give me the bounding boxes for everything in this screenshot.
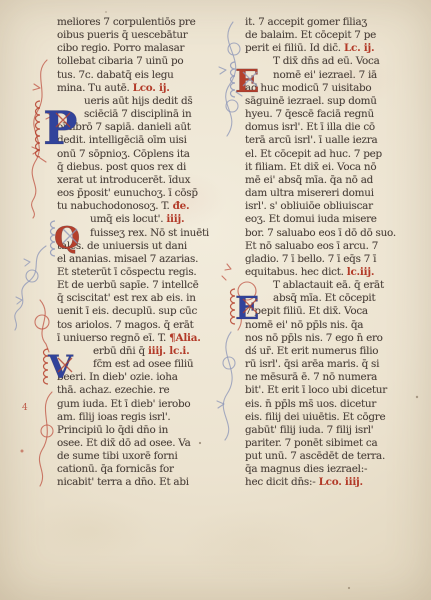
text-line: cationū. q̄a fornicās for <box>57 463 220 476</box>
text-segment: dś ur̄. Et erit numerus filio <box>245 345 378 357</box>
ink-speck <box>105 11 107 13</box>
text-segment: de sume tibi uxorē forni <box>57 450 178 462</box>
text-line: tales. de uniuersis ut dani <box>57 240 220 253</box>
text-segment: eos p̄posit' eunuchoʒ. ī cōsp̄ <box>57 187 198 199</box>
text-segment: it filiam. Et dix̄ ei. Voca nō <box>245 161 376 173</box>
text-segment: dedit. intelligēciā oīm uisi <box>57 134 187 146</box>
penwork-sprig <box>219 67 243 96</box>
text-line: tus. 7c. dabatq̄ eis legu <box>57 69 220 82</box>
initial-scallop-ornament <box>231 289 236 324</box>
text-line: rū isrl'. q̄si arēa maris. q̄ si <box>245 358 414 371</box>
text-line: dś ur̄. Et erit numerus filio <box>245 345 414 358</box>
text-line: 7 pepit filiū. Et dix̄. Voca <box>245 305 414 318</box>
text-line: q̄a magnus dies iezrael:- <box>245 463 414 476</box>
margin-red-numeral: 4 <box>22 403 28 413</box>
text-segment: domus isrl'. Et ī illa die cō <box>245 121 375 133</box>
text-segment: gladio. 7 ī bello. 7 ī eq̄s 7 ī <box>245 253 376 265</box>
text-line: cibo regio. Porro malasar <box>57 42 220 55</box>
text-line: it. 7 accepit gomer filiaʒ <box>245 16 414 29</box>
text-segment: nicabit' terra a dn̄o. Et abi <box>57 476 189 488</box>
text-column-left: meliores 7 corpulentiōs preoibus pueris … <box>57 16 220 490</box>
text-segment: pariter. 7 ponēt sibimet ca <box>245 437 377 449</box>
text-segment: 7 pepit filiū. Et dix̄. Voca <box>245 305 368 317</box>
text-segment: onū 7 sōpnioʒ. Cōplens ita <box>57 148 190 160</box>
text-line: sciēciā 7 disciplinā in <box>57 108 220 121</box>
text-line: osee. Et dix̄ dō ad osee. Va <box>57 437 220 450</box>
text-line: de sume tibi uxorē forni <box>57 450 220 463</box>
text-segment: el ananias. misael 7 azarias. <box>57 253 198 265</box>
text-segment: hec dicit dn̄s:- <box>245 476 316 488</box>
text-line: domus isrl'. Et ī illa die cō <box>245 121 414 134</box>
text-segment: it. 7 accepit gomer filiaʒ <box>245 16 367 28</box>
text-line: nicabit' terra a dn̄o. Et abi <box>57 476 220 489</box>
text-segment: fuisseʒ rex. Nō st̄ inuēti <box>90 227 209 239</box>
rubric-segment: Lco. ij. <box>133 82 170 94</box>
rubric-segment: Lc. ij. <box>344 42 374 54</box>
text-line: eis. n̄ pp̄ls ms̄ uos. dicetur <box>245 398 414 411</box>
text-segment: rū isrl'. q̄si arēa maris. q̄ si <box>245 358 379 370</box>
text-segment: cibo regio. Porro malasar <box>57 42 184 54</box>
text-segment: am. filij ioas regis isrl'. <box>57 411 170 423</box>
text-line: hyeu. 7 q̄escē faciā regnū <box>245 108 414 121</box>
text-line: eoʒ. Et domui iuda misere <box>245 213 414 226</box>
text-segment: hyeu. 7 q̄escē faciā regnū <box>245 108 374 120</box>
text-segment: umq̄ eis locut'. <box>90 213 163 225</box>
text-line: Et de uerbū sapīe. 7 intellcē <box>57 279 220 292</box>
text-segment: tollebat cibaria 7 uinū po <box>57 55 183 67</box>
text-line: mē ei' absq̄ mīa. q̄a nō ad <box>245 174 414 187</box>
text-line: isrl'. s' obliuiōe obliuiscar <box>245 200 414 213</box>
text-line: bit'. Et erit ī loco ubi dicetur <box>245 384 414 397</box>
penwork-flourish <box>40 300 49 352</box>
text-line: fuisseʒ rex. Nō st̄ inuēti <box>57 227 220 240</box>
text-segment: thā. achaz. ezechie. re <box>57 384 169 396</box>
text-line: uenit ī eis. decuplū. sup cūc <box>57 305 220 318</box>
text-segment: gum iuda. Et ī dieb' ierobo <box>57 398 190 410</box>
text-segment: beeri. In dieb' ozie. ioha <box>57 371 178 383</box>
text-segment: nomē ei' iezrael. 7 iā <box>273 69 377 81</box>
initial-scallop-ornament <box>36 101 41 157</box>
text-line: Et nō saluabo eos ī arcu. 7 <box>245 240 414 253</box>
text-segment: eis. n̄ pp̄ls ms̄ uos. dicetur <box>245 398 376 410</box>
text-column-right: it. 7 accepit gomer filiaʒde balaim. Et … <box>245 16 414 490</box>
penwork-sprig <box>16 259 30 304</box>
text-line: it filiam. Et dix̄ ei. Voca nō <box>245 161 414 174</box>
penwork-loop <box>223 357 235 369</box>
text-segment: erbū dn̄i q̄ <box>93 345 145 357</box>
text-segment: tus. 7c. dabatq̄ eis legu <box>57 69 174 81</box>
text-line: gabūt' filij iuda. 7 filij isrl' <box>245 424 414 437</box>
text-line: ueris aūt hijs dedit ds̄ <box>57 95 220 108</box>
rubric-segment: Lco. iiij. <box>319 476 363 488</box>
penwork-flourish <box>226 22 236 136</box>
text-line: pariter. 7 ponēt sibimet ca <box>245 437 414 450</box>
text-line: gladio. 7 ī bello. 7 ī eq̄s 7 ī <box>245 253 414 266</box>
text-segment: q̄ diebus. post quos rex di <box>57 161 186 173</box>
penwork-sprig <box>222 264 231 280</box>
penwork-flourish <box>39 392 52 486</box>
text-line: oī librō 7 sapiā. danieli aūt <box>57 121 220 134</box>
text-line: am. filij ioas regis isrl'. <box>57 411 220 424</box>
ink-speck <box>348 587 350 589</box>
text-segment: osee. Et dix̄ dō ad osee. Va <box>57 437 191 449</box>
text-segment: tales. de uniuersis ut dani <box>57 240 187 252</box>
text-line: nomē ei' iezrael. 7 iā <box>245 69 414 82</box>
text-line: fc̄m est ad osee filiū <box>57 358 220 371</box>
text-segment: tu nabuchodonosoʒ. T. <box>57 200 170 212</box>
text-segment: T ablactauit eā. q̄ erāt <box>273 279 384 291</box>
text-segment: T dix̄ dn̄s ad eū. Voca <box>273 55 380 67</box>
text-line: ad huc modicū 7 uisitabo <box>245 82 414 95</box>
rubric-segment: lc.iij. <box>347 266 374 278</box>
text-line: put unū. 7 ascēdēt de terra. <box>245 450 414 463</box>
text-segment: equitabus. hec dict̄. <box>245 266 344 278</box>
red-speck <box>21 450 24 453</box>
text-line: tollebat cibaria 7 uinū po <box>57 55 220 68</box>
text-line: terā arcū isrl'. ī ualle iezra <box>245 134 414 147</box>
text-line: T ablactauit eā. q̄ erāt <box>245 279 414 292</box>
text-line: nomē ei' nō pp̄ls nis. q̄a <box>245 319 414 332</box>
text-segment: sāguinē iezrael. sup domū <box>245 95 377 107</box>
text-line: absq̄ mīa. Et cōcepit <box>245 292 414 305</box>
penwork-loop <box>41 425 53 437</box>
rubric-segment: đe. <box>173 200 190 212</box>
penwork-flourish <box>15 246 46 330</box>
text-segment: uenit ī eis. decuplū. sup cūc <box>57 305 197 317</box>
text-line: Et steterūt ī cōspectu regis. <box>57 266 220 279</box>
text-line: meliores 7 corpulentiōs pre <box>57 16 220 29</box>
text-segment: ne mēsurā ē. 7 nō numera <box>245 371 377 383</box>
manuscript-page: 4 meliores 7 corpulentiōs preoibus pueri… <box>0 0 431 600</box>
text-segment: absq̄ mīa. Et cōcepit <box>273 292 375 304</box>
text-line: thā. achaz. ezechie. re <box>57 384 220 397</box>
ink-speck <box>416 396 418 398</box>
text-segment: sciēciā 7 disciplinā in <box>84 108 191 120</box>
text-line: sāguinē iezrael. sup domū <box>245 95 414 108</box>
text-line: beeri. In dieb' ozie. ioha <box>57 371 220 384</box>
text-line: Principiū lo q̄di dn̄o in <box>57 424 220 437</box>
text-line: ne mēsurā ē. 7 nō numera <box>245 371 414 384</box>
text-segment: de balaim. Et cōcepit 7 pe <box>245 29 376 41</box>
text-segment: xerat ut introducerēt. īdux <box>57 174 190 186</box>
text-line: bor. 7 saluabo eos ī dō dō suo. <box>245 227 414 240</box>
text-segment: terā arcū isrl'. ī ualle iezra <box>245 134 377 146</box>
text-segment: bor. 7 saluabo eos ī dō dō suo. <box>245 227 396 239</box>
text-line: nos nō pp̄ls nis. 7 ego n̄ ero <box>245 332 414 345</box>
text-line: q̄ diebus. post quos rex di <box>57 161 220 174</box>
text-segment: ad huc modicū 7 uisitabo <box>245 82 371 94</box>
text-line: onū 7 sōpnioʒ. Cōplens ita <box>57 148 220 161</box>
text-line: oibus pueris q̄ uescebātur <box>57 29 220 42</box>
penwork-sprig <box>32 84 52 162</box>
text-line: eos p̄posit' eunuchoʒ. ī cōsp̄ <box>57 187 220 200</box>
text-segment: perit ei filiū. Id dic̄. <box>245 42 341 54</box>
text-line: gum iuda. Et ī dieb' ierobo <box>57 398 220 411</box>
text-segment: bit'. Et erit ī loco ubi dicetur <box>245 384 387 396</box>
text-segment: q̄ sciscitat' est rex ab eis. in <box>57 292 196 304</box>
text-segment: dam ultra misereri domui <box>245 187 374 199</box>
text-line: eis. filij dei uiuētis. Et cōgre <box>245 411 414 424</box>
text-segment: tos ariolos. 7 magos. q̄ erāt <box>57 319 194 331</box>
text-line: erbū dn̄i q̄ iiij. lc.i. <box>57 345 220 358</box>
penwork-loop <box>26 270 38 282</box>
initial-scallop-ornament <box>51 221 56 256</box>
text-segment: eis. filij dei uiuētis. Et cōgre <box>245 411 385 423</box>
text-segment: Principiū lo q̄di dn̄o in <box>57 424 168 436</box>
text-line: de balaim. Et cōcepit 7 pe <box>245 29 414 42</box>
text-line: hec dicit dn̄s:- Lco. iiij. <box>245 476 414 489</box>
text-line: dedit. intelligēciā oīm uisi <box>57 134 220 147</box>
rubric-segment: ¶Alia. <box>169 332 200 344</box>
rubric-segment: iiij. <box>166 213 184 225</box>
text-segment: Et nō saluabo eos ī arcu. 7 <box>245 240 378 252</box>
penwork-loop <box>35 315 49 329</box>
text-line: mina. Tu autē. Lco. ij. <box>57 82 220 95</box>
text-line: xerat ut introducerēt. īdux <box>57 174 220 187</box>
text-segment: el. Et cōcepit ad huc. 7 pep <box>245 148 382 160</box>
text-segment: ueris aūt hijs dedit ds̄ <box>84 95 193 107</box>
penwork-loop <box>228 43 240 55</box>
rubric-segment: iiij. lc.i. <box>148 345 190 357</box>
text-segment: nomē ei' nō pp̄ls nis. q̄a <box>245 319 363 331</box>
initial-scallop-ornament <box>231 62 236 97</box>
penwork-loop <box>226 100 238 112</box>
text-segment: Et de uerbū sapīe. 7 intellcē <box>57 279 199 291</box>
text-line: tos ariolos. 7 magos. q̄ erāt <box>57 319 220 332</box>
text-segment: oibus pueris q̄ uescebātur <box>57 29 188 41</box>
text-segment: mina. Tu autē. <box>57 82 130 94</box>
text-segment: eoʒ. Et domui iuda misere <box>245 213 377 225</box>
text-line: el. Et cōcepit ad huc. 7 pep <box>245 148 414 161</box>
penwork-flourish <box>32 60 47 218</box>
text-line: T dix̄ dn̄s ad eū. Voca <box>245 55 414 68</box>
text-segment: q̄a magnus dies iezrael:- <box>245 463 367 475</box>
penwork-flourish <box>223 332 232 440</box>
text-line: q̄ sciscitat' est rex ab eis. in <box>57 292 220 305</box>
text-segment: mē ei' absq̄ mīa. q̄a nō ad <box>245 174 373 186</box>
text-line: perit ei filiū. Id dic̄. Lc. ij. <box>245 42 414 55</box>
text-segment: ī uniuerso regnō eī. T. <box>57 332 166 344</box>
text-line: ī uniuerso regnō eī. T. ¶Alia. <box>57 332 220 345</box>
text-segment: gabūt' filij iuda. 7 filij isrl' <box>245 424 373 436</box>
text-segment: Et steterūt ī cōspectu regis. <box>57 266 196 278</box>
penwork-flourish <box>238 302 244 330</box>
text-line: equitabus. hec dict̄. lc.iij. <box>245 266 414 279</box>
text-segment: put unū. 7 ascēdēt de terra. <box>245 450 385 462</box>
text-line: umq̄ eis locut'. iiij. <box>57 213 220 226</box>
text-segment: oī librō 7 sapiā. danieli aūt <box>57 121 191 133</box>
text-segment: nos nō pp̄ls nis. 7 ego n̄ ero <box>245 332 383 344</box>
text-segment: fc̄m est ad osee filiū <box>93 358 193 370</box>
text-segment: isrl'. s' obliuiōe obliuiscar <box>245 200 373 212</box>
text-segment: meliores 7 corpulentiōs pre <box>57 16 196 28</box>
text-segment: cationū. q̄a fornicās for <box>57 463 174 475</box>
text-line: dam ultra misereri domui <box>245 187 414 200</box>
text-line: el ananias. misael 7 azarias. <box>57 253 220 266</box>
text-line: tu nabuchodonosoʒ. T. đe. <box>57 200 220 213</box>
initial-scallop-ornament <box>44 349 49 384</box>
